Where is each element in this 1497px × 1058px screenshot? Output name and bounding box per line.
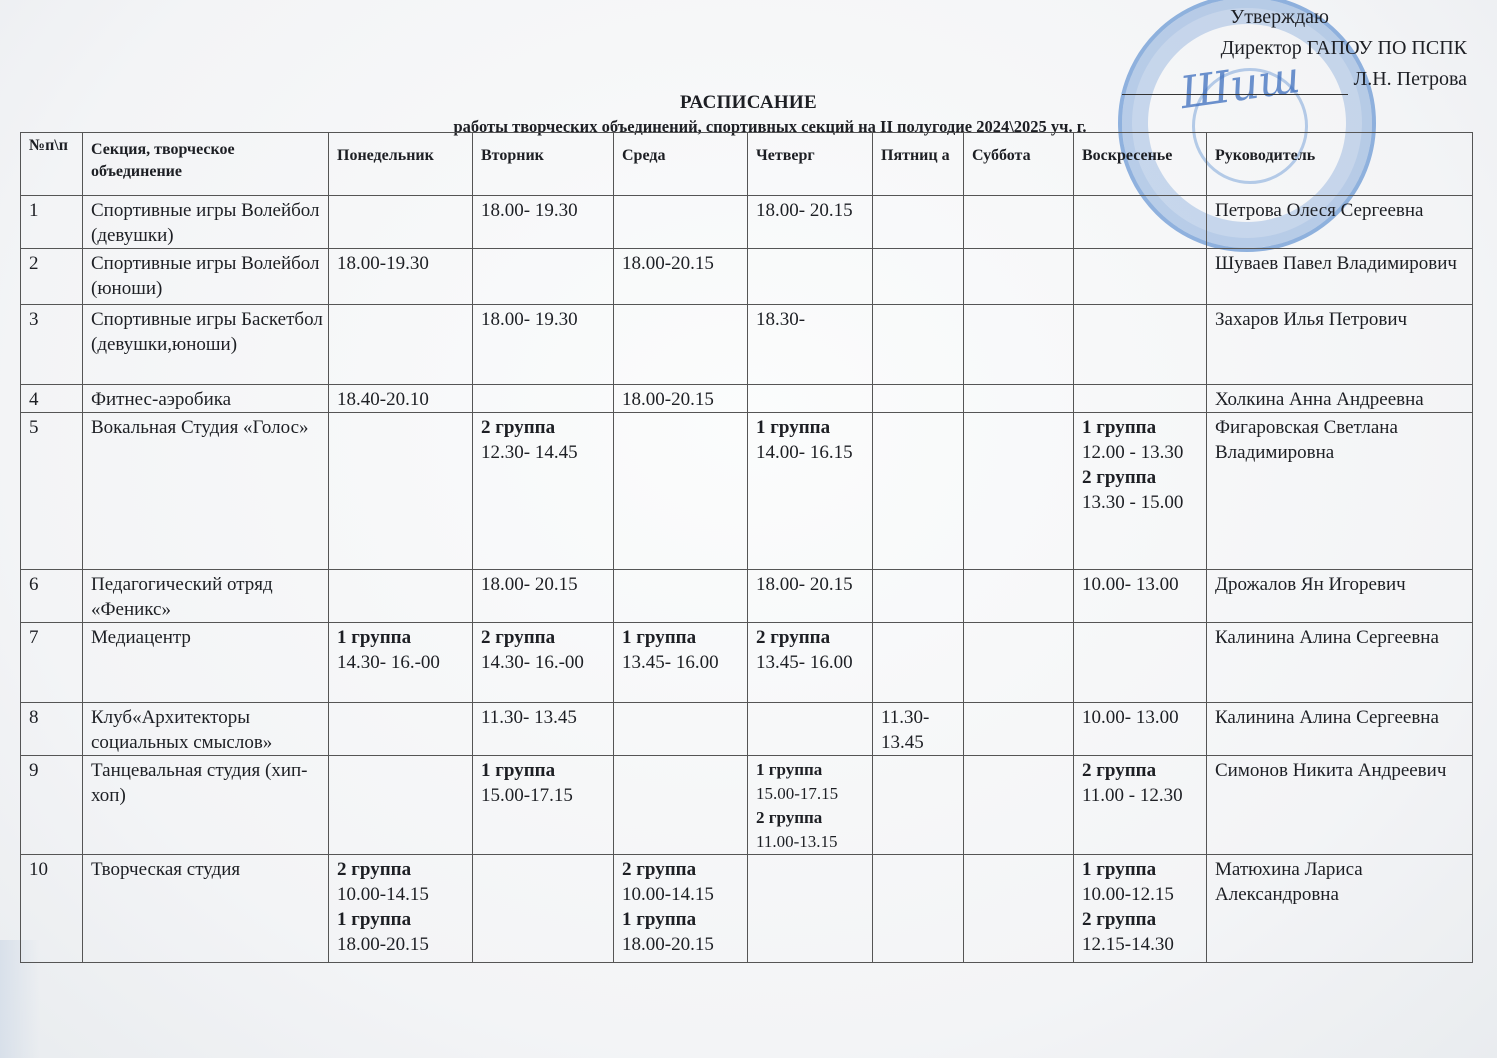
time-range: 15.00-17.15 xyxy=(756,782,872,806)
time-range: 18.00-20.15 xyxy=(622,932,747,957)
table-row: 6Педагогический отряд «Феникс»18.00- 20.… xyxy=(21,570,1473,623)
time-range: 18.40-20.10 xyxy=(337,387,472,412)
row-number: 9 xyxy=(21,756,83,855)
time-range: 11.30- 13.45 xyxy=(481,705,613,730)
schedule-cell-sat xyxy=(964,570,1074,623)
time-range: 11.30- 13.45 xyxy=(881,705,963,755)
table-row: 10Творческая студия2 группа10.00-14.151 … xyxy=(21,855,1473,963)
schedule-cell-fri xyxy=(873,756,964,855)
schedule-cell-sat xyxy=(964,855,1074,963)
row-number: 5 xyxy=(21,413,83,570)
time-range: 18.00-20.15 xyxy=(337,932,472,957)
approval-signer: Л.Н. Петрова xyxy=(1122,64,1467,95)
col-header-thursday: Четверг xyxy=(748,133,873,196)
schedule-cell-sat xyxy=(964,305,1074,385)
time-range: 13.45- 16.00 xyxy=(622,650,747,675)
table-row: 8Клуб«Архитекторы социальных смыслов»11.… xyxy=(21,703,1473,756)
table-row: 1Спортивные игры Волейбол (девушки)18.00… xyxy=(21,196,1473,249)
schedule-cell-wed xyxy=(614,703,748,756)
schedule-cell-fri: 11.30- 13.45 xyxy=(873,703,964,756)
time-range: 13.45- 16.00 xyxy=(756,650,872,675)
leader-name: Калинина Алина Сергеевна xyxy=(1207,623,1473,703)
schedule-cell-thu xyxy=(748,249,873,305)
schedule-cell-fri xyxy=(873,305,964,385)
schedule-cell-fri xyxy=(873,570,964,623)
table-row: 9Танцевальная студия (хип-хоп)1 группа15… xyxy=(21,756,1473,855)
group-label: 2 группа xyxy=(337,857,472,882)
schedule-cell-thu: 18.00- 20.15 xyxy=(748,196,873,249)
group-label: 1 группа xyxy=(622,907,747,932)
schedule-cell-wed: 18.00-20.15 xyxy=(614,249,748,305)
group-label: 2 группа xyxy=(756,625,872,650)
schedule-cell-wed xyxy=(614,570,748,623)
schedule-cell-tue: 18.00- 19.30 xyxy=(473,196,614,249)
table-row: 7Медиацентр1 группа14.30- 16.-002 группа… xyxy=(21,623,1473,703)
group-label: 1 группа xyxy=(622,625,747,650)
schedule-cell-tue: 1 группа15.00-17.15 xyxy=(473,756,614,855)
header-row: №п\п Секция, творческое объединение Поне… xyxy=(21,133,1473,196)
schedule-cell-sat xyxy=(964,756,1074,855)
schedule-cell-wed xyxy=(614,413,748,570)
schedule-cell-mon xyxy=(329,305,473,385)
schedule-table: №п\п Секция, творческое объединение Поне… xyxy=(20,132,1473,963)
col-header-saturday: Суббота xyxy=(964,133,1074,196)
time-range: 18.00-19.30 xyxy=(337,251,472,276)
schedule-cell-sun: 1 группа12.00 - 13.302 группа13.30 - 15.… xyxy=(1074,413,1207,570)
schedule-cell-sun: 1 группа10.00-12.152 группа12.15-14.30 xyxy=(1074,855,1207,963)
schedule-cell-sun: 10.00- 13.00 xyxy=(1074,703,1207,756)
time-range: 18.00- 20.15 xyxy=(481,572,613,597)
schedule-cell-thu xyxy=(748,703,873,756)
time-range: 11.00 - 12.30 xyxy=(1082,783,1206,808)
time-range: 12.15-14.30 xyxy=(1082,932,1206,957)
col-header-leader: Руководитель xyxy=(1207,133,1473,196)
schedule-cell-fri xyxy=(873,855,964,963)
schedule-cell-mon xyxy=(329,756,473,855)
leader-name: Холкина Анна Андреевна xyxy=(1207,385,1473,413)
leader-name: Петрова Олеся Сергеевна xyxy=(1207,196,1473,249)
schedule-cell-sun xyxy=(1074,305,1207,385)
row-number: 6 xyxy=(21,570,83,623)
schedule-cell-thu: 1 группа14.00- 16.15 xyxy=(748,413,873,570)
schedule-cell-thu: 2 группа13.45- 16.00 xyxy=(748,623,873,703)
leader-name: Фигаровская Светлана Владимировна xyxy=(1207,413,1473,570)
schedule-cell-sun: 2 группа11.00 - 12.30 xyxy=(1074,756,1207,855)
group-label: 2 группа xyxy=(1082,907,1206,932)
row-number: 4 xyxy=(21,385,83,413)
time-range: 10.00-12.15 xyxy=(1082,882,1206,907)
row-number: 1 xyxy=(21,196,83,249)
section-name: Спортивные игры Волейбол (девушки) xyxy=(83,196,329,249)
leader-name: Дрожалов Ян Игоревич xyxy=(1207,570,1473,623)
schedule-cell-wed: 18.00-20.15 xyxy=(614,385,748,413)
time-range: 10.00- 13.00 xyxy=(1082,572,1206,597)
schedule-cell-tue xyxy=(473,249,614,305)
schedule-cell-thu: 18.00- 20.15 xyxy=(748,570,873,623)
schedule-cell-fri xyxy=(873,249,964,305)
time-range: 12.00 - 13.30 xyxy=(1082,440,1206,465)
time-range: 10.00-14.15 xyxy=(622,882,747,907)
schedule-cell-wed: 1 группа13.45- 16.00 xyxy=(614,623,748,703)
time-range: 12.30- 14.45 xyxy=(481,440,613,465)
schedule-cell-wed: 2 группа10.00-14.151 группа18.00-20.15 xyxy=(614,855,748,963)
section-name: Творческая студия xyxy=(83,855,329,963)
time-range: 10.00- 13.00 xyxy=(1082,705,1206,730)
schedule-cell-mon xyxy=(329,570,473,623)
schedule-cell-sat xyxy=(964,196,1074,249)
schedule-cell-mon xyxy=(329,413,473,570)
time-range: 14.30- 16.-00 xyxy=(481,650,613,675)
document-title: РАСПИСАНИЕ xyxy=(0,92,1497,114)
schedule-cell-tue: 11.30- 13.45 xyxy=(473,703,614,756)
section-name: Медиацентр xyxy=(83,623,329,703)
schedule-cell-sat xyxy=(964,413,1074,570)
schedule-cell-sat xyxy=(964,385,1074,413)
group-label: 2 группа xyxy=(481,415,613,440)
schedule-cell-wed xyxy=(614,305,748,385)
col-header-section: Секция, творческое объединение xyxy=(83,133,329,196)
section-name: Вокальная Студия «Голос» xyxy=(83,413,329,570)
col-header-sunday: Воскресенье xyxy=(1074,133,1207,196)
time-range: 18.00-20.15 xyxy=(622,251,747,276)
schedule-cell-sun xyxy=(1074,623,1207,703)
time-range: 13.30 - 15.00 xyxy=(1082,490,1206,515)
schedule-cell-wed xyxy=(614,756,748,855)
group-label: 2 группа xyxy=(1082,465,1206,490)
table-row: 4Фитнес-аэробика18.40-20.1018.00-20.15Хо… xyxy=(21,385,1473,413)
schedule-cell-sat xyxy=(964,703,1074,756)
section-name: Спортивные игры Баскетбол (девушки,юноши… xyxy=(83,305,329,385)
group-label: 1 группа xyxy=(756,415,872,440)
row-number: 7 xyxy=(21,623,83,703)
schedule-cell-tue: 18.00- 20.15 xyxy=(473,570,614,623)
schedule-cell-mon: 1 группа14.30- 16.-00 xyxy=(329,623,473,703)
row-number: 3 xyxy=(21,305,83,385)
schedule-cell-fri xyxy=(873,623,964,703)
schedule-cell-tue: 2 группа12.30- 14.45 xyxy=(473,413,614,570)
time-range: 18.00- 20.15 xyxy=(756,198,872,223)
row-number: 10 xyxy=(21,855,83,963)
table-row: 2Спортивные игры Волейбол (юноши)18.00-1… xyxy=(21,249,1473,305)
schedule-cell-wed xyxy=(614,196,748,249)
time-range: 14.00- 16.15 xyxy=(756,440,872,465)
row-number: 8 xyxy=(21,703,83,756)
schedule-cell-mon: 2 группа10.00-14.151 группа18.00-20.15 xyxy=(329,855,473,963)
schedule-cell-thu xyxy=(748,855,873,963)
group-label: 2 группа xyxy=(481,625,613,650)
leader-name: Симонов Никита Андреевич xyxy=(1207,756,1473,855)
group-label: 1 группа xyxy=(1082,415,1206,440)
schedule-cell-mon: 18.00-19.30 xyxy=(329,249,473,305)
schedule-cell-tue xyxy=(473,385,614,413)
time-range: 15.00-17.15 xyxy=(481,783,613,808)
table-row: 3Спортивные игры Баскетбол (девушки,юнош… xyxy=(21,305,1473,385)
time-range: 14.30- 16.-00 xyxy=(337,650,472,675)
time-range: 18.00- 19.30 xyxy=(481,198,613,223)
section-name: Педагогический отряд «Феникс» xyxy=(83,570,329,623)
group-label: 1 группа xyxy=(1082,857,1206,882)
leader-name: Захаров Илья Петрович xyxy=(1207,305,1473,385)
schedule-cell-tue: 18.00- 19.30 xyxy=(473,305,614,385)
leader-name: Шуваев Павел Владимирович xyxy=(1207,249,1473,305)
schedule-cell-fri xyxy=(873,385,964,413)
approval-signer-name: Л.Н. Петрова xyxy=(1354,64,1467,95)
section-name: Фитнес-аэробика xyxy=(83,385,329,413)
schedule-cell-thu xyxy=(748,385,873,413)
approval-block: Утверждаю Директор ГАПОУ ПО ПСПК Л.Н. Пе… xyxy=(1122,2,1467,95)
schedule-cell-mon xyxy=(329,703,473,756)
group-label: 1 группа xyxy=(481,758,613,783)
schedule-cell-mon: 18.40-20.10 xyxy=(329,385,473,413)
section-name: Спортивные игры Волейбол (юноши) xyxy=(83,249,329,305)
time-range: 11.00-13.15 xyxy=(756,830,872,854)
schedule-cell-mon xyxy=(329,196,473,249)
col-header-friday: Пятниц а xyxy=(873,133,964,196)
section-name: Клуб«Архитекторы социальных смыслов» xyxy=(83,703,329,756)
col-header-tuesday: Вторник xyxy=(473,133,614,196)
group-label: 2 группа xyxy=(622,857,747,882)
approval-position: Директор ГАПОУ ПО ПСПК xyxy=(1122,33,1467,64)
col-header-num: №п\п xyxy=(21,133,83,196)
schedule-cell-tue xyxy=(473,855,614,963)
schedule-cell-thu: 1 группа15.00-17.152 группа11.00-13.15 xyxy=(748,756,873,855)
col-header-wednesday: Среда xyxy=(614,133,748,196)
schedule-cell-sat xyxy=(964,623,1074,703)
table-row: 5Вокальная Студия «Голос»2 группа12.30- … xyxy=(21,413,1473,570)
schedule-cell-sun xyxy=(1074,385,1207,413)
row-number: 2 xyxy=(21,249,83,305)
time-range: 18.00- 20.15 xyxy=(756,572,872,597)
section-name: Танцевальная студия (хип-хоп) xyxy=(83,756,329,855)
leader-name: Матюхина Лариса Александровна xyxy=(1207,855,1473,963)
schedule-cell-fri xyxy=(873,196,964,249)
time-range: 18.30- xyxy=(756,307,872,332)
leader-name: Калинина Алина Сергеевна xyxy=(1207,703,1473,756)
schedule-cell-sat xyxy=(964,249,1074,305)
time-range: 18.00- 19.30 xyxy=(481,307,613,332)
schedule-cell-sun xyxy=(1074,249,1207,305)
schedule-cell-sun xyxy=(1074,196,1207,249)
schedule-cell-sun: 10.00- 13.00 xyxy=(1074,570,1207,623)
group-label: 1 группа xyxy=(337,625,472,650)
schedule-cell-thu: 18.30- xyxy=(748,305,873,385)
group-label: 1 группа xyxy=(337,907,472,932)
group-label: 2 группа xyxy=(756,806,872,830)
group-label: 1 группа xyxy=(756,758,872,782)
schedule-cell-tue: 2 группа14.30- 16.-00 xyxy=(473,623,614,703)
group-label: 2 группа xyxy=(1082,758,1206,783)
approval-label: Утверждаю xyxy=(1122,2,1329,33)
time-range: 10.00-14.15 xyxy=(337,882,472,907)
schedule-cell-fri xyxy=(873,413,964,570)
col-header-monday: Понедельник xyxy=(329,133,473,196)
time-range: 18.00-20.15 xyxy=(622,387,747,412)
